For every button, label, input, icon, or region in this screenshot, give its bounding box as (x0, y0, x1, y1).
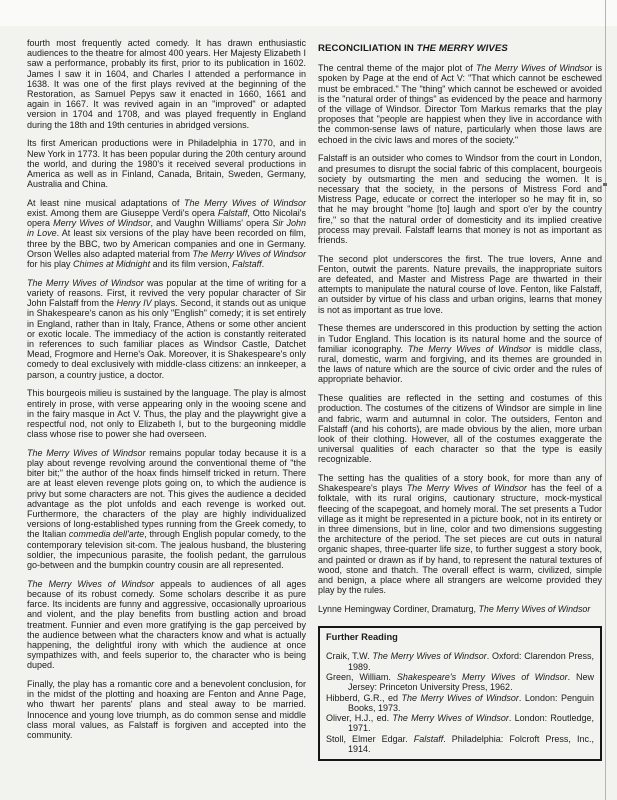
text-segment: Finally, the play has a romantic core an… (27, 679, 306, 740)
paragraph: Stoll, Elmer Edgar. Falstaff. Philadelph… (326, 734, 594, 755)
document-page: fourth most frequently acted comedy. It … (0, 0, 617, 800)
paragraph: These themes are underscored in this pro… (318, 323, 602, 384)
text-segment: Oliver, H.J., ed. (326, 713, 392, 723)
right-column-body: The central theme of the major plot of T… (318, 63, 602, 595)
text-segment: fourth most frequently acted comedy. It … (27, 38, 306, 130)
byline: Lynne Hemingway Cordiner, Dramaturg, The… (318, 604, 602, 614)
text-segment: and its film version, (150, 259, 232, 269)
text-segment: The central theme of the major plot of (318, 63, 476, 73)
text-segment: The Merry Wives of Windsor (27, 448, 145, 458)
text-segment: Henry IV (117, 298, 152, 308)
scan-artifact-line (605, 0, 606, 800)
text-segment: The Merry Wives of Windsor (372, 651, 486, 661)
paragraph: The second plot underscores the first. T… (318, 254, 602, 315)
page-top-margin (0, 0, 617, 26)
further-reading-box: Further Reading Craik, T.W. The Merry Wi… (318, 626, 602, 761)
text-segment: The Merry Wives of Windsor (184, 198, 306, 208)
paragraph: The Merry Wives of Windsor remains popul… (27, 448, 306, 570)
paragraph: Its first American productions were in P… (27, 138, 306, 189)
text-segment: THE MERRY WIVES (417, 43, 508, 54)
text-segment: Lynne Hemingway Cordiner, Dramaturg, (318, 604, 478, 614)
text-segment: . (262, 259, 265, 269)
text-segment: Shakespeare's Merry Wives of Windsor (397, 672, 568, 682)
paragraph: Falstaff is an outsider who comes to Win… (318, 153, 602, 245)
paragraph: These qualities are reflected in the set… (318, 393, 602, 464)
text-segment: The Merry Wives of Windsor (392, 713, 508, 723)
further-reading-list: Craik, T.W. The Merry Wives of Windsor. … (326, 651, 594, 754)
text-segment: Its first American productions were in P… (27, 138, 306, 189)
text-segment: The Merry Wives of Windsor (402, 693, 519, 703)
paragraph: fourth most frequently acted comedy. It … (27, 38, 306, 130)
text-segment: , and Vaughn Williams' opera (150, 218, 272, 228)
text-segment: Falstaff (414, 734, 444, 744)
paragraph: Oliver, H.J., ed. The Merry Wives of Win… (326, 713, 594, 734)
text-segment: commedia dell'arte (69, 529, 144, 539)
text-segment: remains popular today because it is a pl… (27, 448, 306, 540)
text-segment: These qualities are reflected in the set… (318, 393, 602, 464)
text-segment: RECONCILIATION IN (318, 43, 417, 54)
text-segment: Falstaff (218, 208, 248, 218)
paragraph: The Merry Wives of Windsor was popular a… (27, 278, 306, 380)
text-segment: Falstaff is an outsider who comes to Win… (318, 153, 602, 245)
text-segment: Falstaff (232, 259, 262, 269)
text-segment: The Merry Wives of Windsor (27, 579, 154, 589)
text-segment: At least nine musical adaptations of (27, 198, 184, 208)
left-column: fourth most frequently acted comedy. It … (27, 38, 306, 749)
text-segment: appeals to audiences of all ages because… (27, 579, 306, 671)
text-segment: This bourgeois milieu is sustained by th… (27, 388, 306, 439)
text-segment: is spoken by Page at the end of Act V: "… (318, 63, 602, 144)
text-segment: Craik, T.W. (326, 651, 372, 661)
right-column: RECONCILIATION IN THE MERRY WIVES The ce… (318, 44, 602, 761)
paragraph: Craik, T.W. The Merry Wives of Windsor. … (326, 651, 594, 672)
text-segment: has the feel of a folktale, with its rur… (318, 483, 602, 595)
text-segment: plays. Second, it stands out as unique i… (27, 298, 306, 379)
scan-artifact-speck (603, 183, 607, 186)
text-segment: The Merry Wives of Windsor (193, 249, 306, 259)
paragraph: Finally, the play has a romantic core an… (27, 679, 306, 740)
text-segment: The Merry Wives of Windsor (27, 278, 144, 288)
text-segment: Merry Wives of Windsor (53, 218, 150, 228)
text-segment: Stoll, Elmer Edgar. (326, 734, 414, 744)
text-segment: exist. Among them are Giuseppe Verdi's o… (27, 208, 218, 218)
paragraph: Green, William. Shakespeare's Merry Wive… (326, 672, 594, 693)
text-segment: for his play (27, 259, 73, 269)
text-segment: The Merry Wives of Windsor (478, 604, 590, 614)
text-segment: Green, William. (326, 672, 397, 682)
paragraph: This bourgeois milieu is sustained by th… (27, 388, 306, 439)
paragraph: The setting has the qualities of a story… (318, 473, 602, 595)
text-segment: The Merry Wives of Windsor (407, 483, 527, 493)
text-segment: Hibberd, G.R., ed (326, 693, 402, 703)
further-reading-title: Further Reading (326, 632, 594, 642)
text-segment: The Merry Wives of Windsor (408, 344, 531, 354)
paragraph: Hibberd, G.R., ed The Merry Wives of Win… (326, 693, 594, 714)
text-segment: The second plot underscores the first. T… (318, 254, 602, 315)
paragraph: The central theme of the major plot of T… (318, 63, 602, 145)
scan-artifact-smudge (596, 341, 601, 345)
text-segment: The Merry Wives of Windsor (476, 63, 592, 73)
text-segment: Chimes at Midnight (73, 259, 150, 269)
paragraph: At least nine musical adaptations of The… (27, 198, 306, 269)
section-heading: RECONCILIATION IN THE MERRY WIVES (318, 44, 602, 54)
paragraph: The Merry Wives of Windsor appeals to au… (27, 579, 306, 671)
